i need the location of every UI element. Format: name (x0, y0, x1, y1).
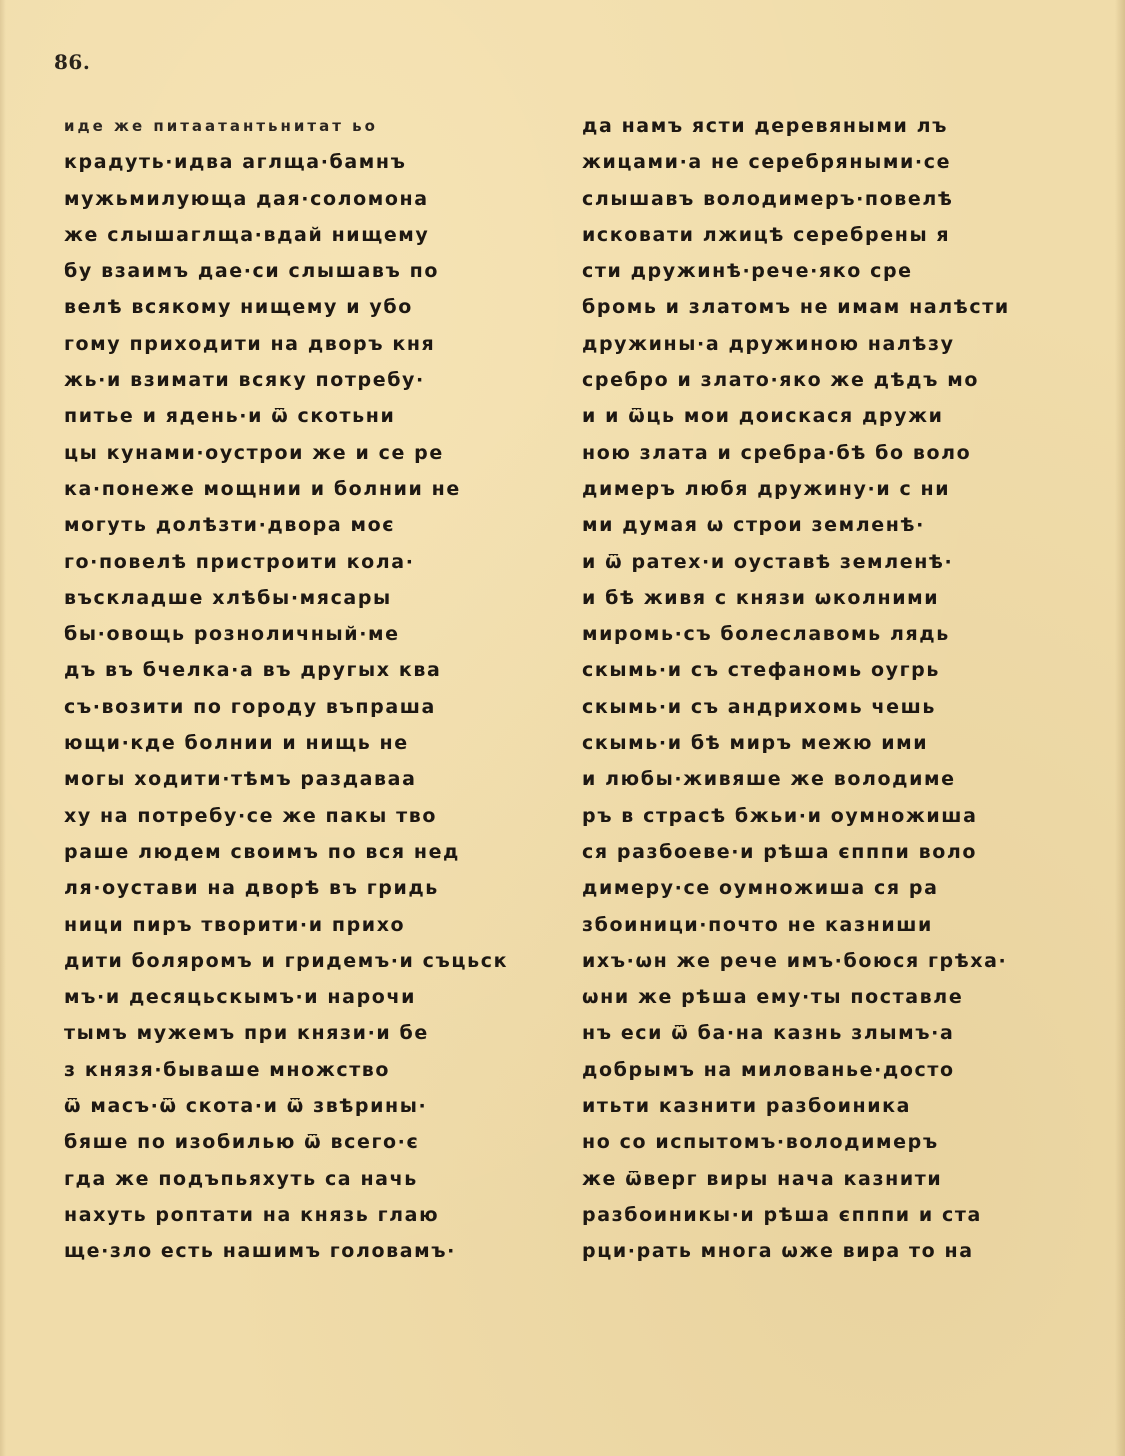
text-line: разбоиникы·и рѣша єпппи и ста (582, 1197, 1082, 1233)
text-line: иде же питаатантьнитат ьо (64, 108, 534, 144)
text-line: нъ еси ѿ ба·на казнь злымъ·а (582, 1015, 1082, 1051)
text-line: ля·оустави на дворѣ въ гридь (64, 870, 534, 906)
text-line: гому приходити на дворъ кня (64, 326, 534, 362)
text-line: съ·возити по городу въпраша (64, 689, 534, 725)
text-line: бяше по изобилью ѿ всего·є (64, 1124, 534, 1160)
text-line: димеру·се оумножиша ся ра (582, 870, 1082, 906)
text-line: димеръ любя дружину·и с ни (582, 471, 1082, 507)
text-line: скымь·и съ андрихомь чешь (582, 689, 1082, 725)
text-line: го·повелѣ пристроити кола· (64, 544, 534, 580)
text-line: велѣ всякому нищему и убо (64, 289, 534, 325)
text-line: но со испытомъ·володимеръ (582, 1124, 1082, 1160)
text-line: исковати лжицѣ серебрены я (582, 217, 1082, 253)
text-line: бромь и златомъ не имам налѣсти (582, 289, 1082, 325)
text-line: ми думая ѡ строи земленѣ· (582, 507, 1082, 543)
text-line: слышавъ володимеръ·повелѣ (582, 181, 1082, 217)
text-line: и и ѿць мои доискася дружи (582, 398, 1082, 434)
text-line: же слышаглща·вдай нищему (64, 217, 534, 253)
text-line: тымъ мужемъ при князи·и бе (64, 1015, 534, 1051)
text-line: ющи·кде болнии и нищь не (64, 725, 534, 761)
text-line: жь·и взимати всяку потребу· (64, 362, 534, 398)
page-edge-shadow-left (0, 0, 6, 1456)
text-line: бы·овощь розноличный·ме (64, 616, 534, 652)
text-line: могуть долѣзти·двора моє (64, 507, 534, 543)
text-line: бу взаимъ дае·си слышавъ по (64, 253, 534, 289)
left-text-column: иде же питаатантьнитат ьо крадуть·идва а… (64, 108, 534, 1270)
text-line: итьти казнити разбоиника (582, 1088, 1082, 1124)
text-line: з князя·бываше множство (64, 1052, 534, 1088)
text-line: цы кунами·оустрои же и се ре (64, 435, 534, 471)
text-line: въскладше хлѣбы·мясары (64, 580, 534, 616)
text-line: раше людем своимъ по вся нед (64, 834, 534, 870)
text-line: скымь·и съ стефаномь оугрь (582, 652, 1082, 688)
text-line: ръ в страсѣ бжьи·и оумножиша (582, 798, 1082, 834)
text-line: гда же подъпьяхуть са начь (64, 1161, 534, 1197)
text-line: мужьмилующа дая·соломона (64, 181, 534, 217)
text-line: ихъ·ѡн же рече имъ·боюся грѣха· (582, 943, 1082, 979)
text-line: ѿ масъ·ѿ скота·и ѿ звѣрины· (64, 1088, 534, 1124)
text-line: да намъ ясти деревяными лъ (582, 108, 1082, 144)
text-line: сребро и злато·яко же дѣдъ мо (582, 362, 1082, 398)
text-line: питье и ядень·и ѿ скотьни (64, 398, 534, 434)
text-line: ху на потребу·се же пакы тво (64, 798, 534, 834)
text-line: дити боляромъ и гридемъ·и съцьск (64, 943, 534, 979)
text-line: скымь·и бѣ миръ межю ими (582, 725, 1082, 761)
text-line: ка·понеже мощнии и болнии не (64, 471, 534, 507)
text-line: ся разбоеве·и рѣша єпппи воло (582, 834, 1082, 870)
text-line: збоиници·почто не казниши (582, 907, 1082, 943)
right-text-column: да намъ ясти деревяными лъ жицами·а не с… (582, 108, 1082, 1270)
text-line: ѡни же рѣша ему·ты поставле (582, 979, 1082, 1015)
text-line: и любы·живяше же володиме (582, 761, 1082, 797)
text-line: жицами·а не серебряными·се (582, 144, 1082, 180)
text-line: крадуть·идва аглща·бамнъ (64, 144, 534, 180)
text-line: ще·зло есть нашимъ головамъ· (64, 1233, 534, 1269)
text-line: и бѣ живя с князи ѡколними (582, 580, 1082, 616)
text-line: мъ·и десяцьскымъ·и нарочи (64, 979, 534, 1015)
page-number: 86. (54, 50, 90, 74)
text-line: дружины·а дружиною налѣзу (582, 326, 1082, 362)
text-line: и ѿ ратех·и оуставѣ земленѣ· (582, 544, 1082, 580)
text-line: могы ходити·тѣмъ раздаваа (64, 761, 534, 797)
text-line: нахуть роптати на князь глаю (64, 1197, 534, 1233)
text-line: ници пиръ творити·и прихо (64, 907, 534, 943)
text-line: же ѿверг виры нача казнити (582, 1161, 1082, 1197)
text-line: сти дружинѣ·рече·яко сре (582, 253, 1082, 289)
text-line: рци·рать многа ѡже вира то на (582, 1233, 1082, 1269)
text-line: ною злата и сребра·бѣ бо воло (582, 435, 1082, 471)
manuscript-page: 86. иде же питаатантьнитат ьо крадуть·ид… (0, 0, 1125, 1456)
text-line: добрымъ на милованье·досто (582, 1052, 1082, 1088)
text-line: миромь·съ болеславомь лядь (582, 616, 1082, 652)
text-line: дъ въ бчелка·а въ другых ква (64, 652, 534, 688)
page-edge-shadow-right (1115, 0, 1125, 1456)
